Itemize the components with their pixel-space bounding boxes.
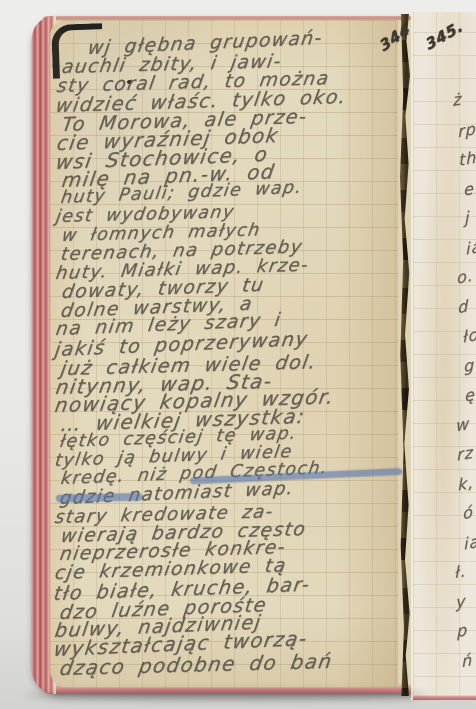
edge-handwriting-fragment: ż — [453, 89, 462, 110]
edge-handwriting-fragment: ń — [462, 649, 473, 670]
edge-handwriting-fragment: ó — [463, 502, 474, 523]
edge-handwriting-fragment: y — [456, 590, 466, 611]
edge-handwriting-fragment: w — [456, 413, 470, 435]
edge-handwriting-fragment: e. — [464, 177, 476, 199]
edge-handwriting-fragment: o. — [457, 265, 474, 287]
edge-handwriting-fragment: ło — [463, 324, 476, 346]
edge-handwriting-fragment: rz — [457, 442, 474, 464]
edge-handwriting-fragment: ę. — [465, 383, 476, 405]
edge-handwriting-fragment: d — [458, 295, 469, 316]
corner-ink-mark — [51, 23, 104, 79]
edge-handwriting-fragment: j — [465, 207, 470, 227]
notebook-page — [50, 20, 398, 688]
edge-handwriting-fragment: ia — [464, 531, 476, 553]
right-page-sliver: żrp.the.jiąo.dłogę.wrzk,óiał.ypń — [411, 12, 476, 700]
edge-handwriting-fragment: rp. — [458, 117, 476, 141]
desk-shadow — [26, 690, 428, 700]
ink-dot — [127, 80, 132, 84]
edge-handwriting-fragment: ł. — [455, 561, 467, 582]
notebook-photo: wj głębna grupowań-auchli zbity, i jawi-… — [0, 0, 476, 709]
edge-handwriting-fragment: th — [459, 147, 476, 169]
edge-handwriting-fragment: p — [457, 620, 468, 641]
edge-handwriting-fragment: g — [464, 354, 475, 375]
edge-handwriting-fragment: ią — [466, 236, 476, 258]
edge-handwriting-fragment: k, — [458, 472, 474, 494]
